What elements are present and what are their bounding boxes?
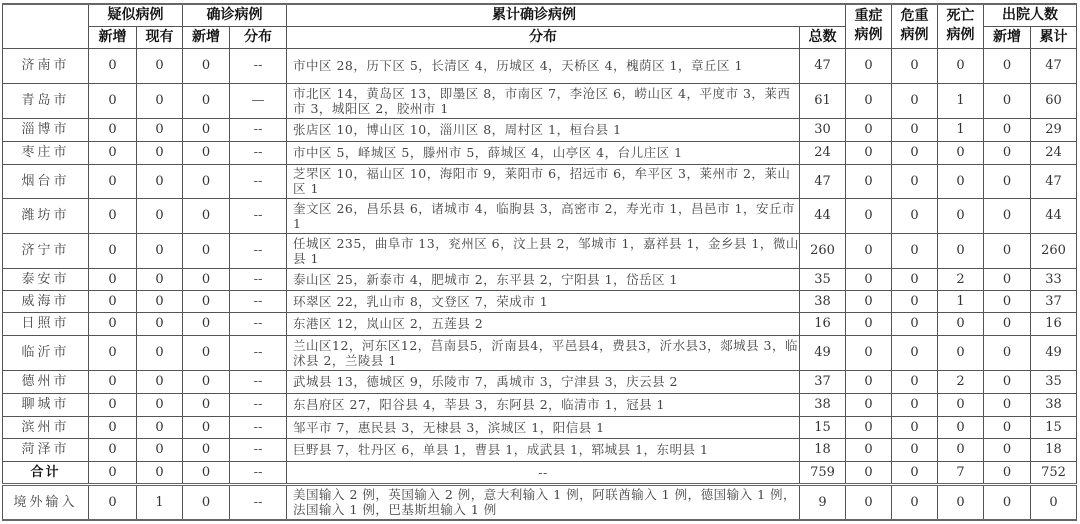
critical-cases: 0 — [892, 48, 938, 83]
death-cases: 0 — [938, 48, 984, 83]
cumulative-total: 47 — [800, 164, 846, 198]
suspected-new: 0 — [89, 416, 137, 438]
severe-cases: 0 — [846, 233, 892, 268]
city-name: 济宁市 — [3, 233, 89, 268]
header-death-line2: 病例 — [947, 27, 975, 43]
severe-cases: 0 — [846, 48, 892, 83]
header-cum-dist: 分布 — [287, 26, 800, 48]
death-cases: 0 — [938, 393, 984, 416]
death-cases: 0 — [938, 312, 984, 335]
confirmed-new: 0 — [183, 83, 230, 118]
confirmed-distribution: -- — [230, 141, 287, 164]
suspected-new: 0 — [89, 461, 137, 484]
death-cases: 0 — [938, 416, 984, 438]
discharged-total: 44 — [1031, 198, 1077, 233]
table-row: 淄博市 0 0 0 -- 张店区 10，博山区 10，淄川区 8，周村区 1，桓… — [3, 118, 1077, 141]
suspected-current: 0 — [137, 335, 183, 370]
death-cases: 7 — [938, 461, 984, 484]
city-name: 威海市 — [3, 290, 89, 312]
confirmed-distribution: — — [230, 83, 287, 118]
discharged-total: 16 — [1031, 312, 1077, 335]
suspected-current: 0 — [137, 370, 183, 393]
death-cases: 1 — [938, 290, 984, 312]
header-suspected: 疑似病例 — [89, 4, 183, 26]
cumulative-total: 759 — [800, 461, 846, 484]
confirmed-new: 0 — [183, 118, 230, 141]
suspected-new: 0 — [89, 83, 137, 118]
suspected-new: 0 — [89, 393, 137, 416]
suspected-current: 0 — [137, 290, 183, 312]
discharged-new: 0 — [984, 370, 1031, 393]
confirmed-distribution: -- — [230, 48, 287, 83]
confirmed-distribution: -- — [230, 268, 287, 290]
severe-cases: 0 — [846, 416, 892, 438]
suspected-current: 0 — [137, 268, 183, 290]
table-row: 潍坊市 0 0 0 -- 奎文区 26，昌乐县 6，诸城市 4，临朐县 3，高密… — [3, 198, 1077, 233]
discharged-total: 29 — [1031, 118, 1077, 141]
suspected-current: 0 — [137, 393, 183, 416]
header-discharged: 出院人数 — [984, 4, 1077, 26]
table-row: 德州市 0 0 0 -- 武城县 13，德城区 9，乐陵市 7，禹城市 3，宁津… — [3, 370, 1077, 393]
confirmed-new: 0 — [183, 198, 230, 233]
header-susp-current: 现有 — [137, 26, 183, 48]
cumulative-total: 38 — [800, 393, 846, 416]
header-dis-total: 累计 — [1031, 26, 1077, 48]
confirmed-distribution: -- — [230, 484, 287, 520]
critical-cases: 0 — [892, 461, 938, 484]
suspected-new: 0 — [89, 312, 137, 335]
severe-cases: 0 — [846, 393, 892, 416]
cumulative-distribution: 任城区 235，曲阜市 13，兖州区 6，汶上县 2，邹城市 1，嘉祥县 1，金… — [287, 233, 800, 268]
discharged-new: 0 — [984, 335, 1031, 370]
death-cases: 0 — [938, 438, 984, 461]
table-row: 烟台市 0 0 0 -- 芝罘区 10，福山区 10，海阳市 9，莱阳市 6，招… — [3, 164, 1077, 198]
severe-cases: 0 — [846, 290, 892, 312]
confirmed-new: 0 — [183, 48, 230, 83]
confirmed-new: 0 — [183, 233, 230, 268]
discharged-total: 24 — [1031, 141, 1077, 164]
suspected-current: 1 — [137, 484, 183, 520]
suspected-new: 0 — [89, 198, 137, 233]
city-name: 滨州市 — [3, 416, 89, 438]
table-row: 济宁市 0 0 0 -- 任城区 235，曲阜市 13，兖州区 6，汶上县 2，… — [3, 233, 1077, 268]
cumulative-total: 35 — [800, 268, 846, 290]
table-row: 威海市 0 0 0 -- 环翠区 22，乳山市 8，文登区 7，荣成市 1 38… — [3, 290, 1077, 312]
cumulative-total: 61 — [800, 83, 846, 118]
discharged-new: 0 — [984, 461, 1031, 484]
cumulative-distribution: 市中区 28，历下区 5，长清区 4，历城区 4，天桥区 4，槐荫区 1，章丘区… — [287, 48, 800, 83]
cumulative-distribution: 美国输入 2 例，英国输入 2 例，意大利输入 1 例，阿联酋输入 1 例，德国… — [287, 484, 800, 520]
header-severe-line2: 病例 — [855, 27, 883, 43]
city-name: 聊城市 — [3, 393, 89, 416]
critical-cases: 0 — [892, 290, 938, 312]
discharged-new: 0 — [984, 393, 1031, 416]
cumulative-total: 30 — [800, 118, 846, 141]
confirmed-distribution: -- — [230, 118, 287, 141]
cumulative-distribution: 市中区 5，峄城区 5，滕州市 5，薛城区 4，山亭区 4，台儿庄区 1 — [287, 141, 800, 164]
discharged-new: 0 — [984, 141, 1031, 164]
discharged-total: 18 — [1031, 438, 1077, 461]
header-conf-new: 新增 — [183, 26, 230, 48]
severe-cases: 0 — [846, 312, 892, 335]
severe-cases: 0 — [846, 461, 892, 484]
critical-cases: 0 — [892, 370, 938, 393]
cumulative-distribution: 环翠区 22，乳山市 8，文登区 7，荣成市 1 — [287, 290, 800, 312]
cumulative-total: 24 — [800, 141, 846, 164]
suspected-current: 0 — [137, 198, 183, 233]
confirmed-distribution: -- — [230, 164, 287, 198]
table-row: 境外输入 0 1 0 -- 美国输入 2 例，英国输入 2 例，意大利输入 1 … — [3, 484, 1077, 520]
severe-cases: 0 — [846, 118, 892, 141]
city-name: 烟台市 — [3, 164, 89, 198]
severe-cases: 0 — [846, 335, 892, 370]
covid-case-table: 疑似病例 确诊病例 累计确诊病例 重症病例 危重病例 死亡病例 出院人数 新增 … — [2, 3, 1077, 521]
table-row: 泰安市 0 0 0 -- 泰山区 25，新泰市 4，肥城市 2，东平县 2，宁阳… — [3, 268, 1077, 290]
confirmed-distribution: -- — [230, 335, 287, 370]
suspected-current: 0 — [137, 233, 183, 268]
city-name: 菏泽市 — [3, 438, 89, 461]
header-critical: 危重病例 — [892, 4, 938, 48]
table-row: 青岛市 0 0 0 — 市北区 14，黄岛区 13，即墨区 8，市南区 7，李沧… — [3, 83, 1077, 118]
cumulative-total: 260 — [800, 233, 846, 268]
severe-cases: 0 — [846, 164, 892, 198]
critical-cases: 0 — [892, 141, 938, 164]
confirmed-new: 0 — [183, 312, 230, 335]
critical-cases: 0 — [892, 484, 938, 520]
city-name: 青岛市 — [3, 83, 89, 118]
confirmed-distribution: -- — [230, 290, 287, 312]
critical-cases: 0 — [892, 438, 938, 461]
critical-cases: 0 — [892, 268, 938, 290]
confirmed-new: 0 — [183, 164, 230, 198]
discharged-total: 35 — [1031, 370, 1077, 393]
cumulative-distribution: 东昌府区 27，阳谷县 4，莘县 3，东阿县 2，临清市 1，冠县 1 — [287, 393, 800, 416]
cumulative-total: 38 — [800, 290, 846, 312]
severe-cases: 0 — [846, 83, 892, 118]
death-cases: 0 — [938, 233, 984, 268]
severe-cases: 0 — [846, 141, 892, 164]
confirmed-distribution: -- — [230, 233, 287, 268]
discharged-new: 0 — [984, 268, 1031, 290]
death-cases: 1 — [938, 118, 984, 141]
cumulative-distribution: 芝罘区 10，福山区 10，海阳市 9，莱阳市 6，招远市 6，牟平区 3，莱州… — [287, 164, 800, 198]
discharged-total: 60 — [1031, 83, 1077, 118]
confirmed-distribution: -- — [230, 416, 287, 438]
cumulative-distribution: 东港区 12，岚山区 2，五莲县 2 — [287, 312, 800, 335]
discharged-new: 0 — [984, 438, 1031, 461]
city-name: 日照市 — [3, 312, 89, 335]
suspected-new: 0 — [89, 118, 137, 141]
critical-cases: 0 — [892, 233, 938, 268]
cumulative-total: 49 — [800, 335, 846, 370]
confirmed-new: 0 — [183, 461, 230, 484]
severe-cases: 0 — [846, 268, 892, 290]
death-cases: 2 — [938, 370, 984, 393]
suspected-new: 0 — [89, 438, 137, 461]
critical-cases: 0 — [892, 393, 938, 416]
severe-cases: 0 — [846, 438, 892, 461]
city-name: 潍坊市 — [3, 198, 89, 233]
critical-cases: 0 — [892, 416, 938, 438]
table-row: 合计 0 0 0 -- -- 759 0 0 7 0 752 — [3, 461, 1077, 484]
city-name: 临沂市 — [3, 335, 89, 370]
header-city-blank — [3, 4, 89, 48]
confirmed-new: 0 — [183, 290, 230, 312]
critical-cases: 0 — [892, 83, 938, 118]
discharged-total: 752 — [1031, 461, 1077, 484]
header-susp-new: 新增 — [89, 26, 137, 48]
table-row: 济南市 0 0 0 -- 市中区 28，历下区 5，长清区 4，历城区 4，天桥… — [3, 48, 1077, 83]
discharged-total: 15 — [1031, 416, 1077, 438]
city-name: 淄博市 — [3, 118, 89, 141]
critical-cases: 0 — [892, 118, 938, 141]
confirmed-distribution: -- — [230, 312, 287, 335]
suspected-current: 0 — [137, 141, 183, 164]
discharged-total: 49 — [1031, 335, 1077, 370]
discharged-new: 0 — [984, 312, 1031, 335]
discharged-new: 0 — [984, 83, 1031, 118]
critical-cases: 0 — [892, 312, 938, 335]
discharged-new: 0 — [984, 484, 1031, 520]
discharged-new: 0 — [984, 164, 1031, 198]
cumulative-total: 18 — [800, 438, 846, 461]
header-critical-line2: 病例 — [901, 27, 929, 43]
header-death-line1: 死亡 — [947, 8, 975, 24]
discharged-total: 260 — [1031, 233, 1077, 268]
city-name: 德州市 — [3, 370, 89, 393]
death-cases: 2 — [938, 268, 984, 290]
critical-cases: 0 — [892, 335, 938, 370]
header-conf-dist: 分布 — [230, 26, 287, 48]
confirmed-new: 0 — [183, 416, 230, 438]
suspected-current: 0 — [137, 48, 183, 83]
suspected-new: 0 — [89, 335, 137, 370]
header-severe-line1: 重症 — [855, 8, 883, 24]
discharged-total: 47 — [1031, 164, 1077, 198]
discharged-total: 37 — [1031, 290, 1077, 312]
cumulative-total: 15 — [800, 416, 846, 438]
death-cases: 1 — [938, 83, 984, 118]
cumulative-distribution: 奎文区 26，昌乐县 6，诸城市 4，临朐县 3，高密市 2，寿光市 1，昌邑市… — [287, 198, 800, 233]
discharged-total: 38 — [1031, 393, 1077, 416]
suspected-new: 0 — [89, 484, 137, 520]
confirmed-distribution: -- — [230, 438, 287, 461]
cumulative-distribution: 巨野县 7，牡丹区 6，单县 1，曹县 1，成武县 1，郓城县 1，东明县 1 — [287, 438, 800, 461]
confirmed-new: 0 — [183, 393, 230, 416]
table-row: 滨州市 0 0 0 -- 邹平市 7，惠民县 3，无棣县 3，滨城区 1，阳信县… — [3, 416, 1077, 438]
cumulative-distribution: 邹平市 7，惠民县 3，无棣县 3，滨城区 1，阳信县 1 — [287, 416, 800, 438]
discharged-new: 0 — [984, 198, 1031, 233]
discharged-new: 0 — [984, 290, 1031, 312]
critical-cases: 0 — [892, 164, 938, 198]
cumulative-distribution: 张店区 10，博山区 10，淄川区 8，周村区 1，桓台县 1 — [287, 118, 800, 141]
severe-cases: 0 — [846, 484, 892, 520]
confirmed-new: 0 — [183, 438, 230, 461]
cumulative-total: 9 — [800, 484, 846, 520]
suspected-new: 0 — [89, 268, 137, 290]
cumulative-distribution: 市北区 14，黄岛区 13，即墨区 8，市南区 7，李沧区 6，崂山区 4，平度… — [287, 83, 800, 118]
suspected-current: 0 — [137, 438, 183, 461]
city-name: 泰安市 — [3, 268, 89, 290]
header-dis-new: 新增 — [984, 26, 1031, 48]
suspected-current: 0 — [137, 416, 183, 438]
cumulative-total: 47 — [800, 48, 846, 83]
death-cases: 0 — [938, 164, 984, 198]
table-row: 日照市 0 0 0 -- 东港区 12，岚山区 2，五莲县 2 16 0 0 0… — [3, 312, 1077, 335]
suspected-new: 0 — [89, 290, 137, 312]
confirmed-new: 0 — [183, 268, 230, 290]
table-row: 聊城市 0 0 0 -- 东昌府区 27，阳谷县 4，莘县 3，东阿县 2，临清… — [3, 393, 1077, 416]
city-name: 境外输入 — [3, 484, 89, 520]
city-name: 济南市 — [3, 48, 89, 83]
cumulative-total: 37 — [800, 370, 846, 393]
death-cases: 0 — [938, 335, 984, 370]
confirmed-distribution: -- — [230, 198, 287, 233]
cumulative-distribution: -- — [287, 461, 800, 484]
cumulative-distribution: 武城县 13，德城区 9，乐陵市 7，禹城市 3，宁津县 3，庆云县 2 — [287, 370, 800, 393]
suspected-new: 0 — [89, 164, 137, 198]
header-cum-total: 总数 — [800, 26, 846, 48]
discharged-new: 0 — [984, 233, 1031, 268]
suspected-current: 0 — [137, 461, 183, 484]
cumulative-total: 44 — [800, 198, 846, 233]
header-death: 死亡病例 — [938, 4, 984, 48]
discharged-total: 47 — [1031, 48, 1077, 83]
table-row: 临沂市 0 0 0 -- 兰山区12，河东区12，莒南县5，沂南县4，平邑县4，… — [3, 335, 1077, 370]
death-cases: 0 — [938, 484, 984, 520]
death-cases: 0 — [938, 141, 984, 164]
discharged-new: 0 — [984, 118, 1031, 141]
header-critical-line1: 危重 — [901, 8, 929, 24]
severe-cases: 0 — [846, 370, 892, 393]
suspected-new: 0 — [89, 233, 137, 268]
table-row: 菏泽市 0 0 0 -- 巨野县 7，牡丹区 6，单县 1，曹县 1，成武县 1… — [3, 438, 1077, 461]
discharged-new: 0 — [984, 48, 1031, 83]
cumulative-distribution: 兰山区12，河东区12，莒南县5，沂南县4，平邑县4，费县3，沂水县3，郯城县 … — [287, 335, 800, 370]
confirmed-new: 0 — [183, 141, 230, 164]
confirmed-new: 0 — [183, 484, 230, 520]
header-confirmed: 确诊病例 — [183, 4, 287, 26]
discharged-new: 0 — [984, 416, 1031, 438]
severe-cases: 0 — [846, 198, 892, 233]
confirmed-new: 0 — [183, 335, 230, 370]
suspected-current: 0 — [137, 312, 183, 335]
suspected-current: 0 — [137, 83, 183, 118]
cumulative-total: 16 — [800, 312, 846, 335]
confirmed-distribution: -- — [230, 370, 287, 393]
city-name: 枣庄市 — [3, 141, 89, 164]
cumulative-distribution: 泰山区 25，新泰市 4，肥城市 2，东平县 2，宁阳县 1，岱岳区 1 — [287, 268, 800, 290]
discharged-total: 33 — [1031, 268, 1077, 290]
city-name: 合计 — [3, 461, 89, 484]
death-cases: 0 — [938, 198, 984, 233]
discharged-total: 0 — [1031, 484, 1077, 520]
suspected-new: 0 — [89, 48, 137, 83]
suspected-current: 0 — [137, 118, 183, 141]
header-cumulative: 累计确诊病例 — [287, 4, 846, 26]
suspected-new: 0 — [89, 370, 137, 393]
confirmed-distribution: -- — [230, 461, 287, 484]
table-row: 枣庄市 0 0 0 -- 市中区 5，峄城区 5，滕州市 5，薛城区 4，山亭区… — [3, 141, 1077, 164]
header-severe: 重症病例 — [846, 4, 892, 48]
confirmed-new: 0 — [183, 370, 230, 393]
critical-cases: 0 — [892, 198, 938, 233]
confirmed-distribution: -- — [230, 393, 287, 416]
suspected-current: 0 — [137, 164, 183, 198]
suspected-new: 0 — [89, 141, 137, 164]
